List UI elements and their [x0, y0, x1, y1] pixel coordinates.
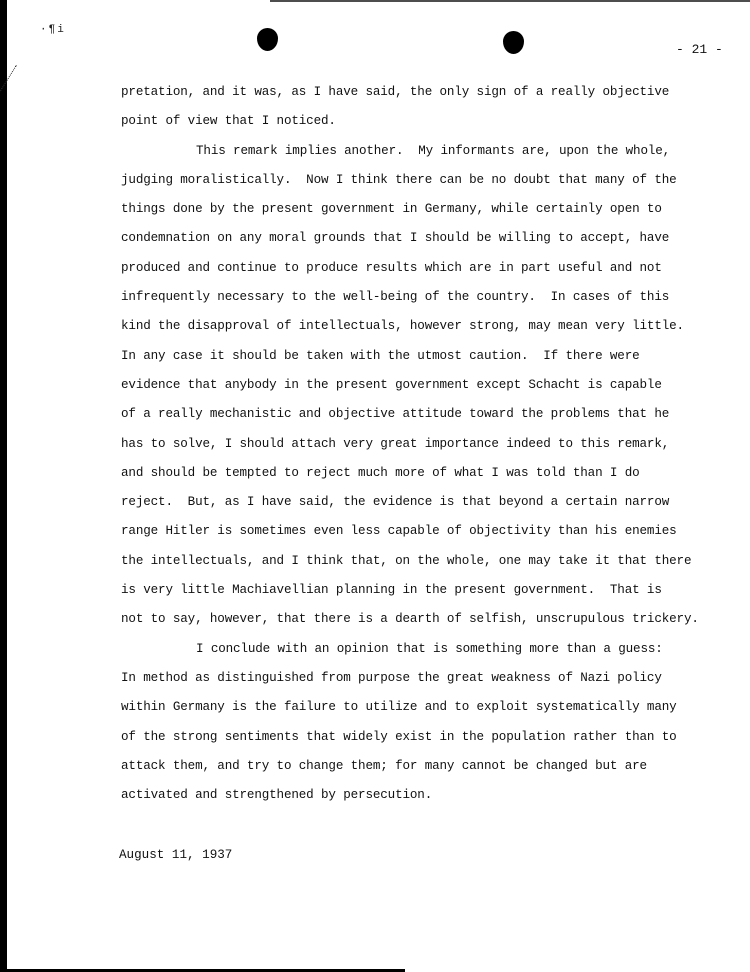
text-line: pretation, and it was, as I have said, t… — [121, 83, 721, 112]
text-line: infrequently necessary to the well-being… — [121, 288, 721, 317]
text-line: is very little Machiavellian planning in… — [121, 581, 721, 610]
text-line: kind the disapproval of intellectuals, h… — [121, 317, 721, 346]
text-line: I conclude with an opinion that is somet… — [121, 640, 721, 669]
document-date: August 11, 1937 — [119, 848, 232, 862]
text-line: of a really mechanistic and objective at… — [121, 405, 721, 434]
text-line: activated and strengthened by persecutio… — [121, 786, 721, 815]
text-line: things done by the present government in… — [121, 200, 721, 229]
text-line: point of view that I noticed. — [121, 112, 721, 141]
text-line: range Hitler is sometimes even less capa… — [121, 522, 721, 551]
text-line: and should be tempted to reject much mor… — [121, 464, 721, 493]
text-line: produced and continue to produce results… — [121, 259, 721, 288]
text-line: attack them, and try to change them; for… — [121, 757, 721, 786]
margin-marks: ·¶i — [40, 24, 66, 36]
text-line: In method as distinguished from purpose … — [121, 669, 721, 698]
text-line: evidence that anybody in the present gov… — [121, 376, 721, 405]
text-line: has to solve, I should attach very great… — [121, 435, 721, 464]
text-line: In any case it should be taken with the … — [121, 347, 721, 376]
text-line: reject. But, as I have said, the evidenc… — [121, 493, 721, 522]
text-line: condemnation on any moral grounds that I… — [121, 229, 721, 258]
text-line: of the strong sentiments that widely exi… — [121, 728, 721, 757]
text-line: the intellectuals, and I think that, on … — [121, 552, 721, 581]
page-number: - 21 - — [676, 42, 723, 57]
scan-left-border — [0, 0, 7, 972]
text-line: This remark implies another. My informan… — [121, 142, 721, 171]
text-line: not to say, however, that there is a dea… — [121, 610, 721, 639]
punch-hole-left — [257, 28, 278, 51]
text-line: within Germany is the failure to utilize… — [121, 698, 721, 727]
paragraph: I conclude with an opinion that is somet… — [121, 640, 721, 816]
text-line: judging moralistically. Now I think ther… — [121, 171, 721, 200]
punch-hole-right — [503, 31, 524, 54]
document-body: pretation, and it was, as I have said, t… — [121, 83, 721, 815]
paragraph: This remark implies another. My informan… — [121, 142, 721, 640]
scan-top-edge — [270, 0, 750, 2]
paragraph: pretation, and it was, as I have said, t… — [121, 83, 721, 142]
